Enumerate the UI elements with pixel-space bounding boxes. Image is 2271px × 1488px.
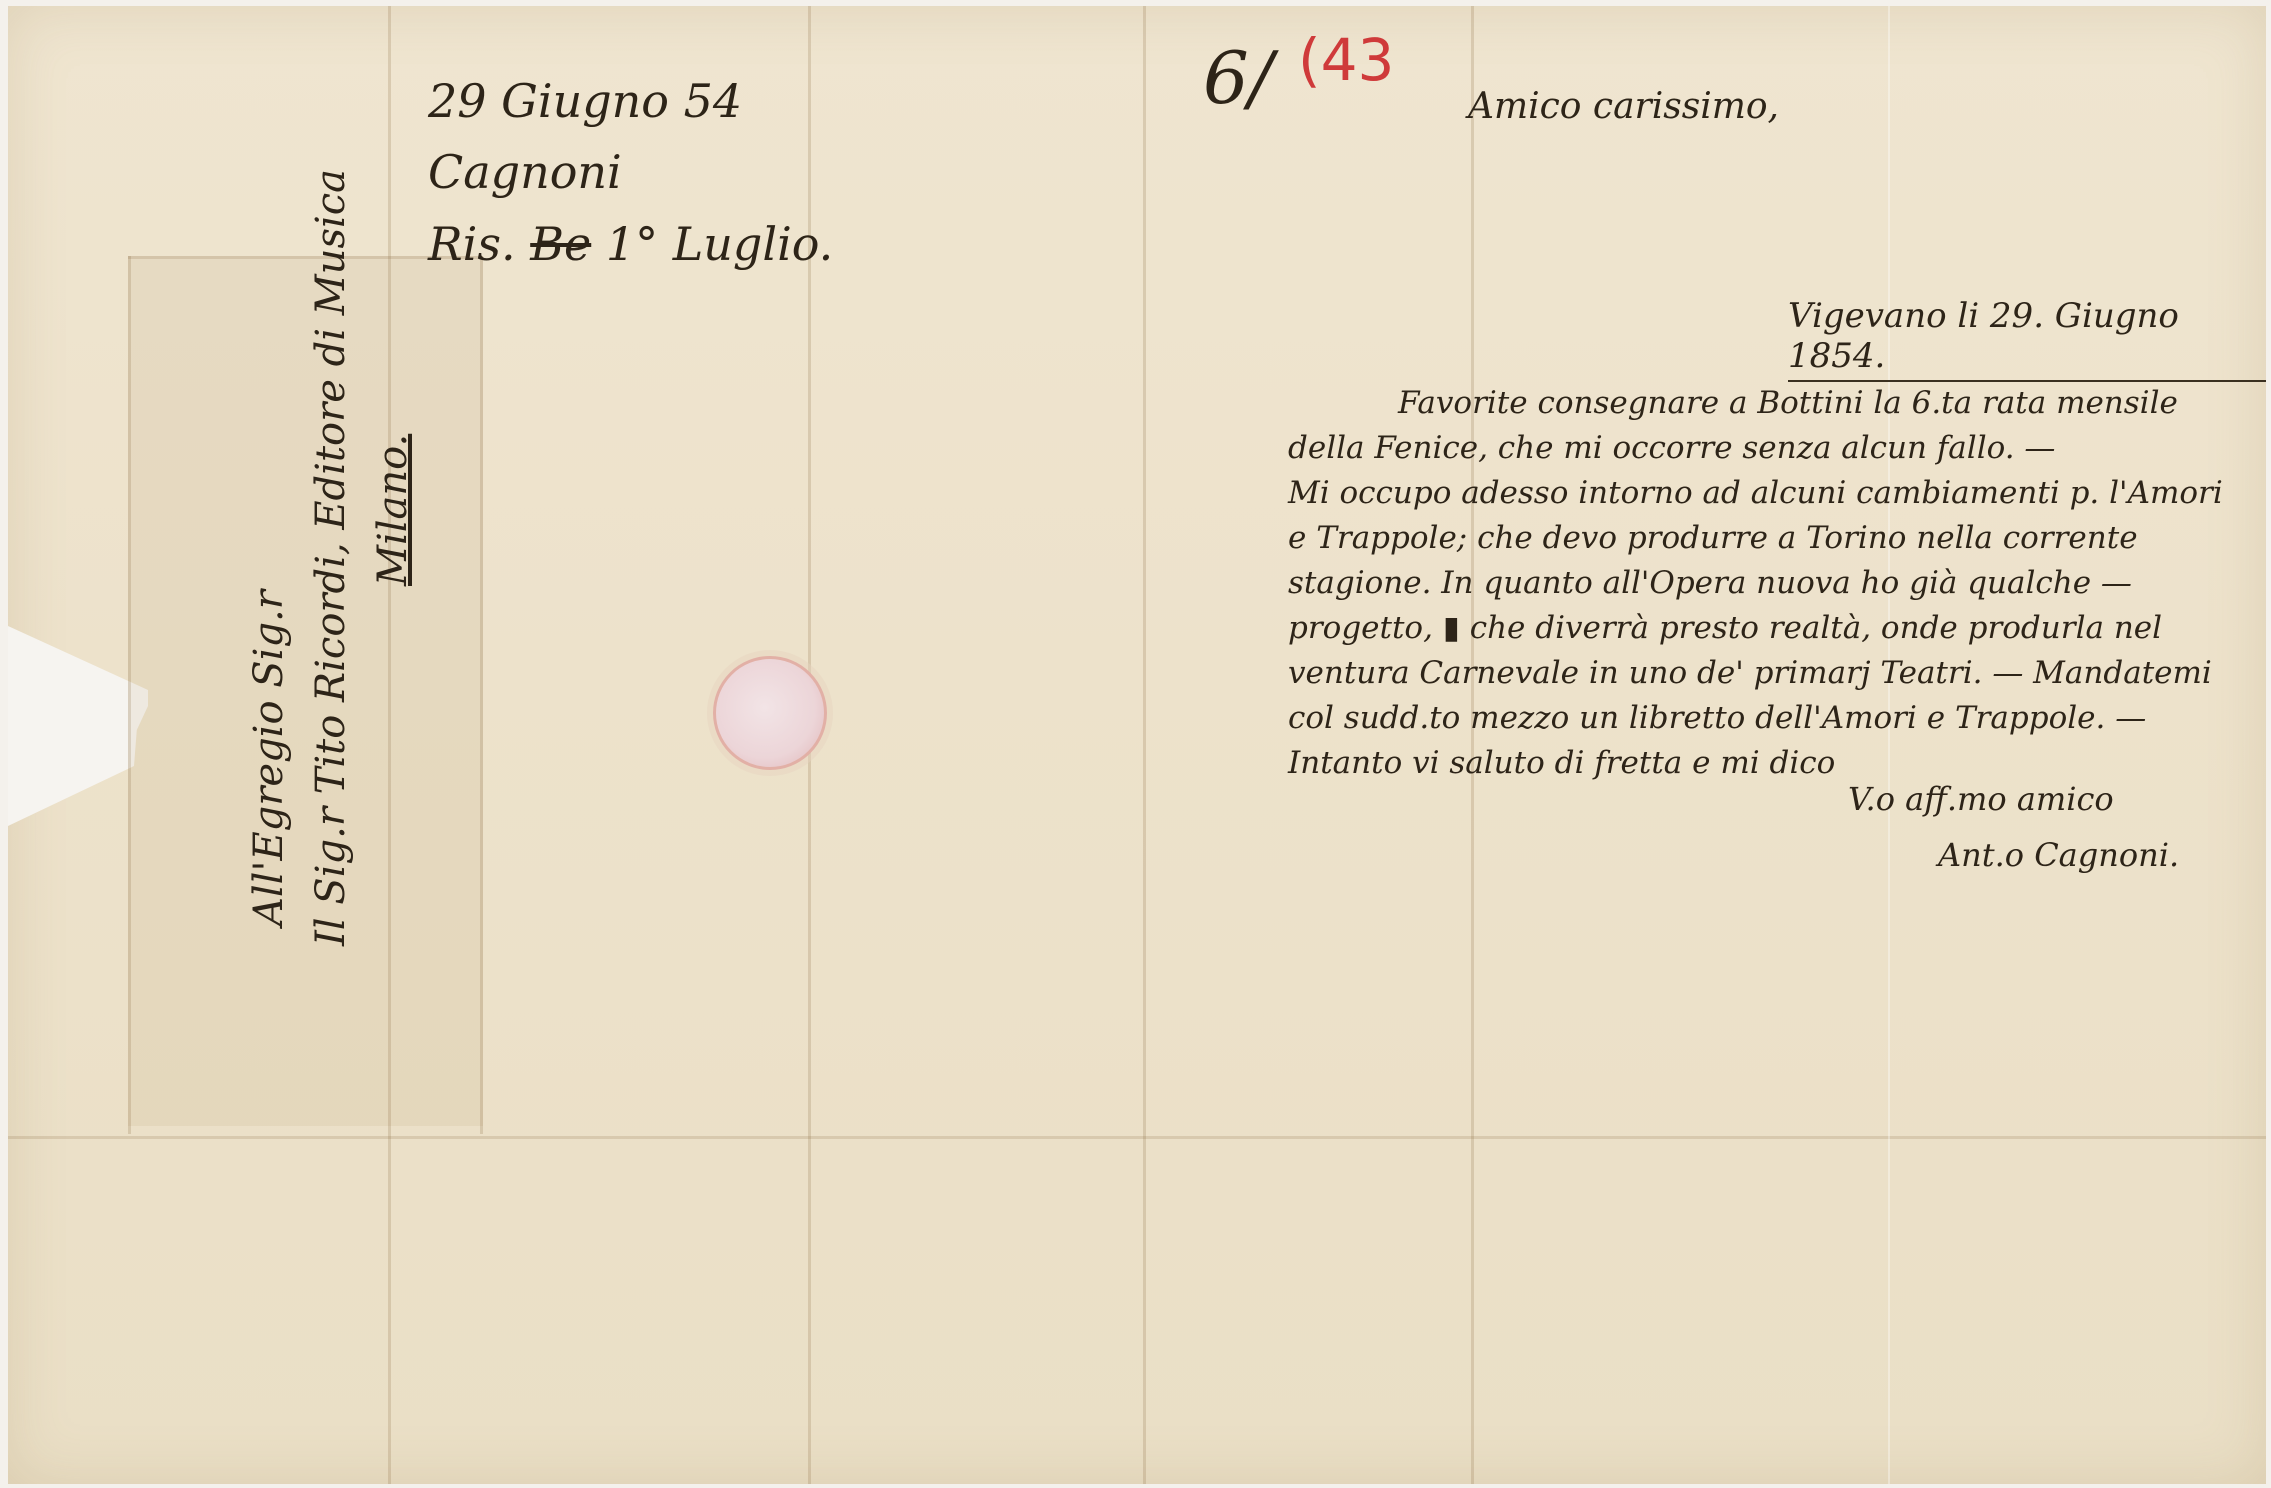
address-line-1: All'Egregio Sig.r bbox=[238, 246, 300, 946]
archive-number-red: (43 bbox=[1298, 26, 1394, 94]
wax-seal bbox=[713, 656, 827, 770]
fold-line bbox=[480, 256, 483, 1134]
address-line-2: Il Sig.r Tito Ricordi, Editore di Musica bbox=[300, 246, 362, 946]
body-line: Mi occupo adesso intorno ad alcuni cambi… bbox=[1288, 471, 2248, 516]
body-line: ventura Carnevale in uno de' primarj Tea… bbox=[1288, 651, 2248, 696]
address-city: Milano. bbox=[362, 246, 424, 946]
valediction: V.o aff.mo amico bbox=[1848, 780, 2114, 818]
archive-number-ink: 6/ bbox=[1203, 36, 1273, 120]
body-line: progetto, ▮ che diverrà presto realtà, o… bbox=[1288, 606, 2248, 651]
fold-line bbox=[128, 256, 131, 1134]
fold-line bbox=[8, 1136, 2266, 1139]
closing-block: V.o aff.mo amico Ant.o Cagnoni. bbox=[1848, 771, 2179, 883]
body-line: stagione. In quanto all'Opera nuova ho g… bbox=[1288, 561, 2248, 606]
docket-note: 29 Giugno 54 Cagnoni Ris. Be 1° Luglio. bbox=[428, 66, 833, 280]
docket-date: 29 Giugno 54 bbox=[428, 66, 833, 137]
address-block: All'Egregio Sig.r Il Sig.r Tito Ricordi,… bbox=[238, 246, 478, 946]
signature: Ant.o Cagnoni. bbox=[1848, 827, 2179, 883]
letter-body: Favorite consegnare a Bottini la 6.ta ra… bbox=[1288, 381, 2248, 786]
docket-reply: Ris. Be 1° Luglio. bbox=[428, 209, 833, 280]
torn-edge bbox=[8, 626, 148, 826]
fold-line bbox=[1143, 6, 1146, 1484]
salutation: Amico carissimo, bbox=[1468, 86, 1779, 127]
body-line: e Trappole; che devo produrre a Torino n… bbox=[1288, 516, 2248, 561]
body-line: della Fenice, che mi occorre senza alcun… bbox=[1288, 426, 2248, 471]
body-line: Favorite consegnare a Bottini la 6.ta ra… bbox=[1288, 381, 2248, 426]
body-line: col sudd.to mezzo un libretto dell'Amori… bbox=[1288, 696, 2248, 741]
letter-sheet: 29 Giugno 54 Cagnoni Ris. Be 1° Luglio. … bbox=[8, 6, 2266, 1484]
docket-sender: Cagnoni bbox=[428, 137, 833, 208]
dateline: Vigevano li 29. Giugno 1854. bbox=[1788, 296, 2266, 382]
